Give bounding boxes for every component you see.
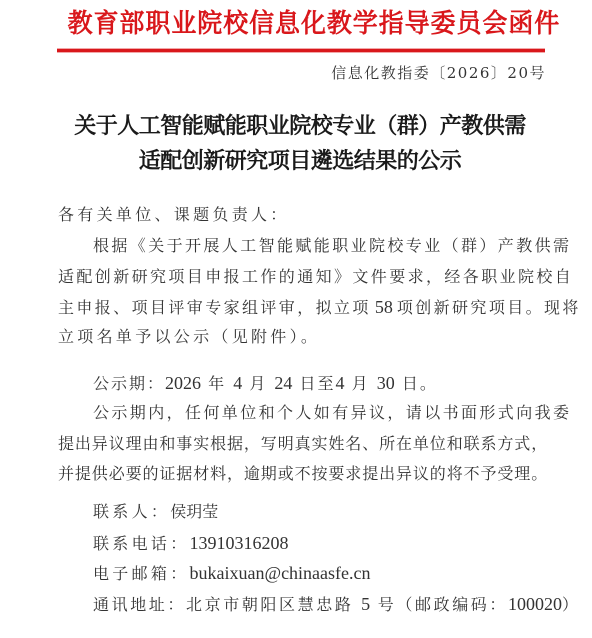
salutation: 各有关单位、课题负责人： — [58, 200, 542, 230]
year-unit: 年 — [208, 374, 226, 393]
paragraph2-line-3: 并提供必要的证据材料，逾期或不按要求提出异议的将不予受理。 — [58, 459, 542, 489]
notice-start-day: 24 — [274, 373, 292, 393]
month-unit: 月 — [249, 374, 267, 393]
contact-person-name: 侯玥莹 — [170, 502, 218, 521]
paragraph2-line-2: 提出异议理由和事实根据，写明真实姓名、所在单位和联系方式， — [58, 429, 542, 459]
contact-address-prefix: 北京市朝阳区慧忠路 — [186, 595, 353, 614]
document-number: 信息化教指委〔2026〕20号 — [331, 61, 546, 85]
paragraph1-line-3-text-a: 主申报、项目评审专家组评审，拟立项 — [58, 298, 371, 317]
month-unit-end: 月 — [352, 374, 370, 393]
project-count: 58 — [375, 297, 393, 317]
contact-email: 电子邮箱：bukaixuan@chinaasfe.cn — [93, 558, 542, 588]
notice-period: 公示期：2026 年 4 月 24 日至4 月 30 日。 — [93, 368, 542, 398]
notice-end-day: 30 — [377, 373, 395, 393]
paragraph1-line-3-text-b: 项创新研究项目。现将 — [397, 298, 581, 317]
contact-address-number: 5 — [361, 594, 370, 614]
contact-address-label: 通讯地址： — [93, 595, 186, 614]
paragraph1-line-4: 立项名单予以公示（见附件）。 — [58, 322, 542, 352]
day-unit-to: 日至 — [300, 374, 336, 393]
document-title-line-1: 关于人工智能赋能职业院校专业（群）产教供需 — [40, 111, 560, 141]
notice-start-year: 2026 — [165, 373, 201, 393]
document-title-line-2: 适配创新研究项目遴选结果的公示 — [40, 146, 560, 176]
contact-address: 通讯地址：北京市朝阳区慧忠路 5 号（邮政编码：100020） — [93, 589, 542, 619]
contact-email-address[interactable]: bukaixuan@chinaasfe.cn — [190, 563, 371, 583]
document-page: 教育部职业院校信息化教学指导委员会函件 信息化教指委〔2026〕20号 关于人工… — [0, 0, 592, 638]
contact-postal-code: 100020 — [508, 594, 562, 614]
paragraph1-line-3: 主申报、项目评审专家组评审，拟立项58项创新研究项目。现将 — [58, 292, 542, 322]
notice-period-label: 公示期： — [93, 374, 165, 393]
paragraph1-line-1: 根据《关于开展人工智能赋能职业院校专业（群）产教供需 — [93, 231, 542, 261]
end-suffix: 日。 — [402, 374, 438, 393]
contact-phone-number: 13910316208 — [190, 533, 289, 553]
paragraph1-line-2: 适配创新研究项目申报工作的通知》文件要求，经各职业院校自 — [58, 262, 542, 292]
contact-phone-label: 联系电话： — [93, 534, 190, 553]
org-letterhead-title: 教育部职业院校信息化教学指导委员会函件 — [68, 6, 533, 42]
contact-address-suffix: 号（邮政编码： — [378, 595, 508, 614]
paragraph2-line-1: 公示期内，任何单位和个人如有异议，请以书面形式向我委 — [93, 398, 542, 428]
contact-person: 联系人：侯玥莹 — [93, 497, 542, 527]
contact-address-close: ） — [562, 595, 581, 614]
notice-start-month: 4 — [233, 373, 242, 393]
contact-phone: 联系电话：13910316208 — [93, 528, 542, 558]
contact-email-label: 电子邮箱： — [93, 564, 190, 583]
letterhead-red-rule — [57, 49, 545, 52]
contact-person-label: 联系人： — [93, 502, 170, 521]
notice-end-month: 4 — [336, 373, 345, 393]
